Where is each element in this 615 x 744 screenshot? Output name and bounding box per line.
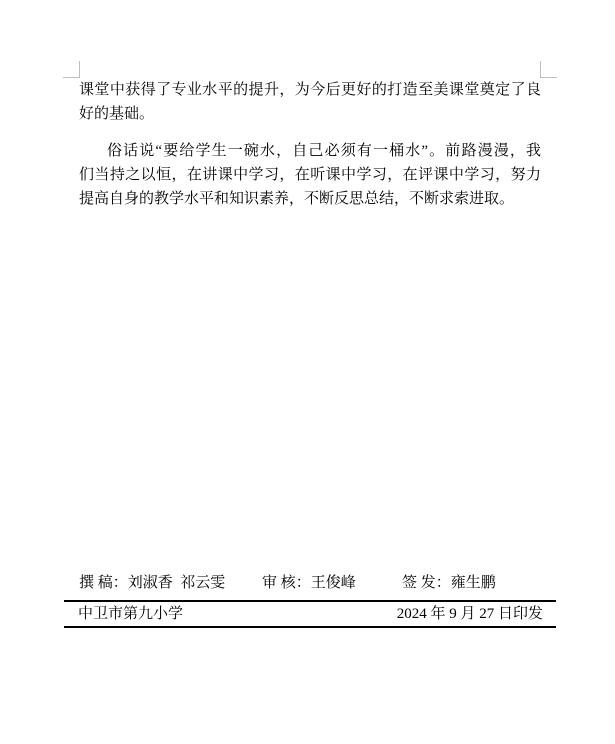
text-line: 课堂中获得了专业水平的提升，为今后更好的打造至美课堂奠定了良 [79,78,541,102]
drafter-field: 撰 稿：刘淑香 祁云雯 [79,572,225,594]
signature-row: 撰 稿：刘淑香 祁云雯 审 核：王俊峰 签 发：雍生鹏 [79,572,549,594]
organization-name: 中卫市第九小学 [78,603,183,625]
document-page: 课堂中获得了专业水平的提升，为今后更好的打造至美课堂奠定了良 好的基础。 俗话说… [0,0,615,744]
text-line: 提高自身的教学水平和知识素养，不断反思总结，不断求索进取。 [79,187,541,211]
issuer-field: 签 发：雍生鹏 [402,572,496,594]
text-line: 好的基础。 [79,102,541,126]
page-margin-mark-top-right [540,61,557,78]
print-date: 2024 年 9 月 27 日印发 [397,603,543,625]
text-line: 俗话说“要给学生一碗水，自己必须有一桶水”。前路漫漫，我 [79,139,541,163]
reviewer-field: 审 核：王俊峰 [262,572,356,594]
paragraph: 课堂中获得了专业水平的提升，为今后更好的打造至美课堂奠定了良 好的基础。 [79,78,541,126]
paragraph: 俗话说“要给学生一碗水，自己必须有一桶水”。前路漫漫，我 们当持之以恒，在讲课中… [79,139,541,211]
footer-divider-bottom [64,626,556,628]
page-margin-mark-top-left [63,61,80,78]
text-line: 们当持之以恒，在讲课中学习，在听课中学习，在评课中学习，努力 [79,163,541,187]
document-body: 课堂中获得了专业水平的提升，为今后更好的打造至美课堂奠定了良 好的基础。 俗话说… [79,78,541,211]
footer-org-date-row: 中卫市第九小学 2024 年 9 月 27 日印发 [78,603,543,625]
footer-divider-top [64,600,556,602]
